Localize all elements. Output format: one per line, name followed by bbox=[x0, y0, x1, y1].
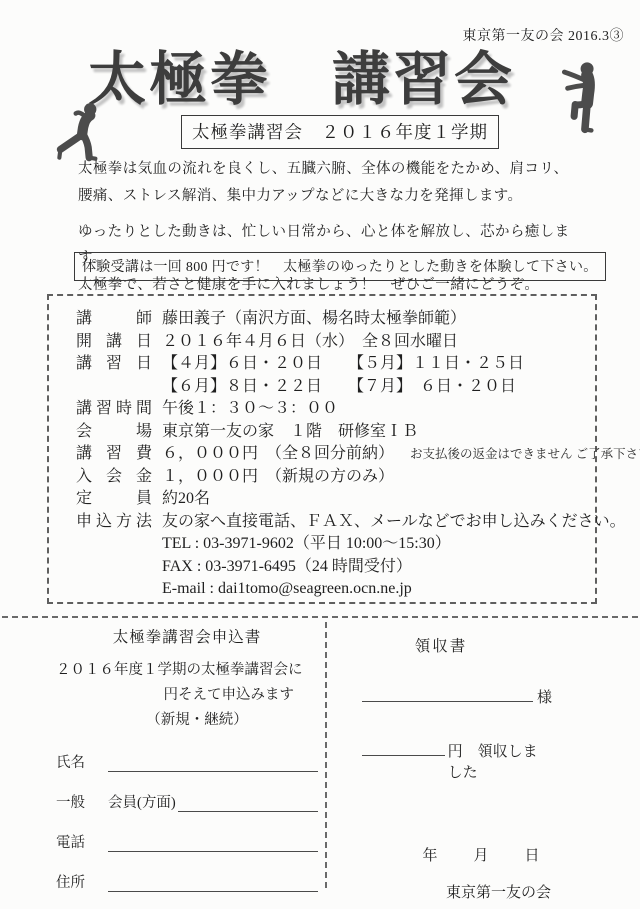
info-row-venue: 会場 東京第一友の家 １階 研修室ＩＢ bbox=[76, 421, 587, 444]
receipt-name-line bbox=[362, 698, 533, 702]
receipt-issuer: 東京第一友の会 bbox=[330, 881, 552, 902]
subtitle-box: 太極拳講習会 ２０１６年度１学期 bbox=[181, 115, 499, 149]
schedule-label: 講習日 bbox=[76, 353, 152, 376]
phone-field-label: 電話 bbox=[56, 831, 108, 852]
receipt-date-line: 年 月 日 bbox=[330, 844, 552, 865]
application-form: 太極拳講習会申込書 ２０１６年度１学期の太極拳講習会に 円そえて申込みます （新… bbox=[56, 622, 318, 892]
venue-label: 会場 bbox=[76, 421, 152, 444]
name-field-line bbox=[108, 768, 318, 772]
schedule-may: 【５月】１１日・２５日 bbox=[348, 355, 524, 372]
time-label: 講習時間 bbox=[76, 398, 152, 421]
document-page: 東京第一友の会 2016.3③ 太極拳 講習会 bbox=[0, 0, 640, 909]
time-value: 午後１：３０～３：００ bbox=[162, 398, 338, 421]
venue-value: 東京第一友の家 １階 研修室ＩＢ bbox=[162, 421, 418, 444]
contact-fax: FAX : 03-3971-6495（24 時間受付） bbox=[162, 556, 587, 579]
schedule-june: 【６月】８日・２２日 bbox=[162, 376, 348, 399]
teacher-label: 講師 bbox=[76, 308, 152, 331]
phone-field-row: 電話 bbox=[56, 812, 318, 852]
info-row-teacher: 講師 藤田義子（南沢方面、楊名時太極拳師範） bbox=[76, 308, 587, 331]
fee-value: ６，０００円 （全８回分前納） bbox=[162, 443, 394, 466]
vertical-form-divider bbox=[325, 622, 327, 888]
schedule-line-2: 【６月】８日・２２日【７月】 ６日・２０日 bbox=[162, 376, 587, 399]
schedule-april: 【４月】６日・２０日 bbox=[162, 353, 348, 376]
teacher-value: 藤田義子（南沢方面、楊名時太極拳師範） bbox=[162, 308, 466, 331]
admission-value: １，０００円 （新規の方のみ） bbox=[162, 466, 394, 489]
address-field-row: 住所 bbox=[56, 852, 318, 892]
intro-paragraph-1: 太極拳は気血の流れを良くし、五臓六腑、全体の機能をたかめ、肩コリ、 腰痛、ストレ… bbox=[78, 156, 583, 210]
receipt-form: 領収書 様 円 領収しました 年 月 日 東京第一友の会 bbox=[330, 622, 640, 902]
receipt-amount-suffix: 円 領収しました bbox=[448, 740, 552, 782]
fee-label: 講習費 bbox=[76, 443, 152, 466]
opening-day-label: 開講日 bbox=[76, 331, 152, 354]
application-form-line3: （新規・継続） bbox=[56, 708, 318, 732]
apply-label: 申込方法 bbox=[76, 511, 152, 534]
receipt-name-row: 様 bbox=[330, 686, 552, 707]
taichi-crane-figure-icon bbox=[548, 58, 624, 138]
cut-line-divider bbox=[2, 616, 638, 618]
info-row-fee: 講習費 ６，０００円 （全８回分前納） お支払後の返金はできません ご了承下さい bbox=[76, 443, 587, 466]
apply-value: 友の家へ直接電話、ＦＡＸ、メールなどでお申し込みください。 bbox=[162, 511, 626, 534]
phone-field-line bbox=[108, 848, 318, 852]
member-field-row: 一般 会員(方面) bbox=[56, 772, 318, 812]
name-field-label: 氏名 bbox=[56, 751, 108, 772]
capacity-label: 定員 bbox=[76, 488, 152, 511]
application-form-line1: ２０１６年度１学期の太極拳講習会に bbox=[56, 658, 318, 683]
schedule-july: 【７月】 ６日・２０日 bbox=[348, 378, 516, 395]
member-field-label: 一般 bbox=[56, 791, 108, 812]
fee-refund-note: お支払後の返金はできません ご了承下さい bbox=[410, 443, 640, 466]
application-form-title: 太極拳講習会申込書 bbox=[56, 627, 318, 649]
address-field-line bbox=[108, 888, 318, 892]
info-row-time: 講習時間 午後１：３０～３：００ bbox=[76, 398, 587, 421]
receipt-amount-row: 円 領収しました bbox=[330, 740, 552, 782]
intro-text: 太極拳は気血の流れを良くし、五臓六腑、全体の機能をたかめ、肩コリ、 腰痛、ストレ… bbox=[78, 156, 583, 308]
trial-notice-box: 体験受講は一回 800 円です！ 太極拳のゆったりとした動きを体験して下さい。 bbox=[74, 252, 606, 281]
course-info-box: 講師 藤田義子（南沢方面、楊名時太極拳師範） 開講日 ２０１６年４月６日（水） … bbox=[47, 294, 597, 604]
info-row-schedule: 講習日 【４月】６日・２０日【５月】１１日・２５日 bbox=[76, 353, 587, 376]
contact-email: E-mail : dai1tomo@seagreen.ocn.ne.jp bbox=[162, 578, 587, 601]
contact-tel: TEL : 03-3971-9602（平日 10:00～15:30） bbox=[162, 533, 587, 556]
intro-p1-line2: 腰痛、ストレス解消、集中力アップなどに大きな力を発揮します。 bbox=[78, 188, 522, 204]
application-form-line2: 円そえて申込みます bbox=[56, 683, 318, 708]
address-field-label: 住所 bbox=[56, 871, 108, 892]
receipt-title: 領収書 bbox=[330, 636, 552, 658]
schedule-line-1: 【４月】６日・２０日【５月】１１日・２５日 bbox=[162, 353, 524, 376]
opening-day-value: ２０１６年４月６日（水） 全８回水曜日 bbox=[162, 331, 458, 354]
member-field-line bbox=[178, 808, 318, 812]
page-title: 太極拳 講習会 bbox=[88, 32, 515, 116]
info-row-admission: 入会金 １，０００円 （新規の方のみ） bbox=[76, 466, 587, 489]
capacity-value: 約20名 bbox=[162, 488, 210, 511]
member-field-prefix: 会員(方面) bbox=[108, 791, 176, 812]
info-row-apply: 申込方法 友の家へ直接電話、ＦＡＸ、メールなどでお申し込みください。 bbox=[76, 511, 587, 534]
name-field-row: 氏名 bbox=[56, 732, 318, 772]
info-row-capacity: 定員 約20名 bbox=[76, 488, 587, 511]
application-form-fields: 氏名 一般 会員(方面) 電話 住所 bbox=[56, 732, 318, 892]
receipt-name-suffix: 様 bbox=[537, 686, 552, 707]
intro-p1-line1: 太極拳は気血の流れを良くし、五臓六腑、全体の機能をたかめ、肩コリ、 bbox=[78, 161, 568, 177]
info-row-opening-day: 開講日 ２０１６年４月６日（水） 全８回水曜日 bbox=[76, 331, 587, 354]
admission-label: 入会金 bbox=[76, 466, 152, 489]
receipt-amount-line bbox=[362, 752, 445, 756]
